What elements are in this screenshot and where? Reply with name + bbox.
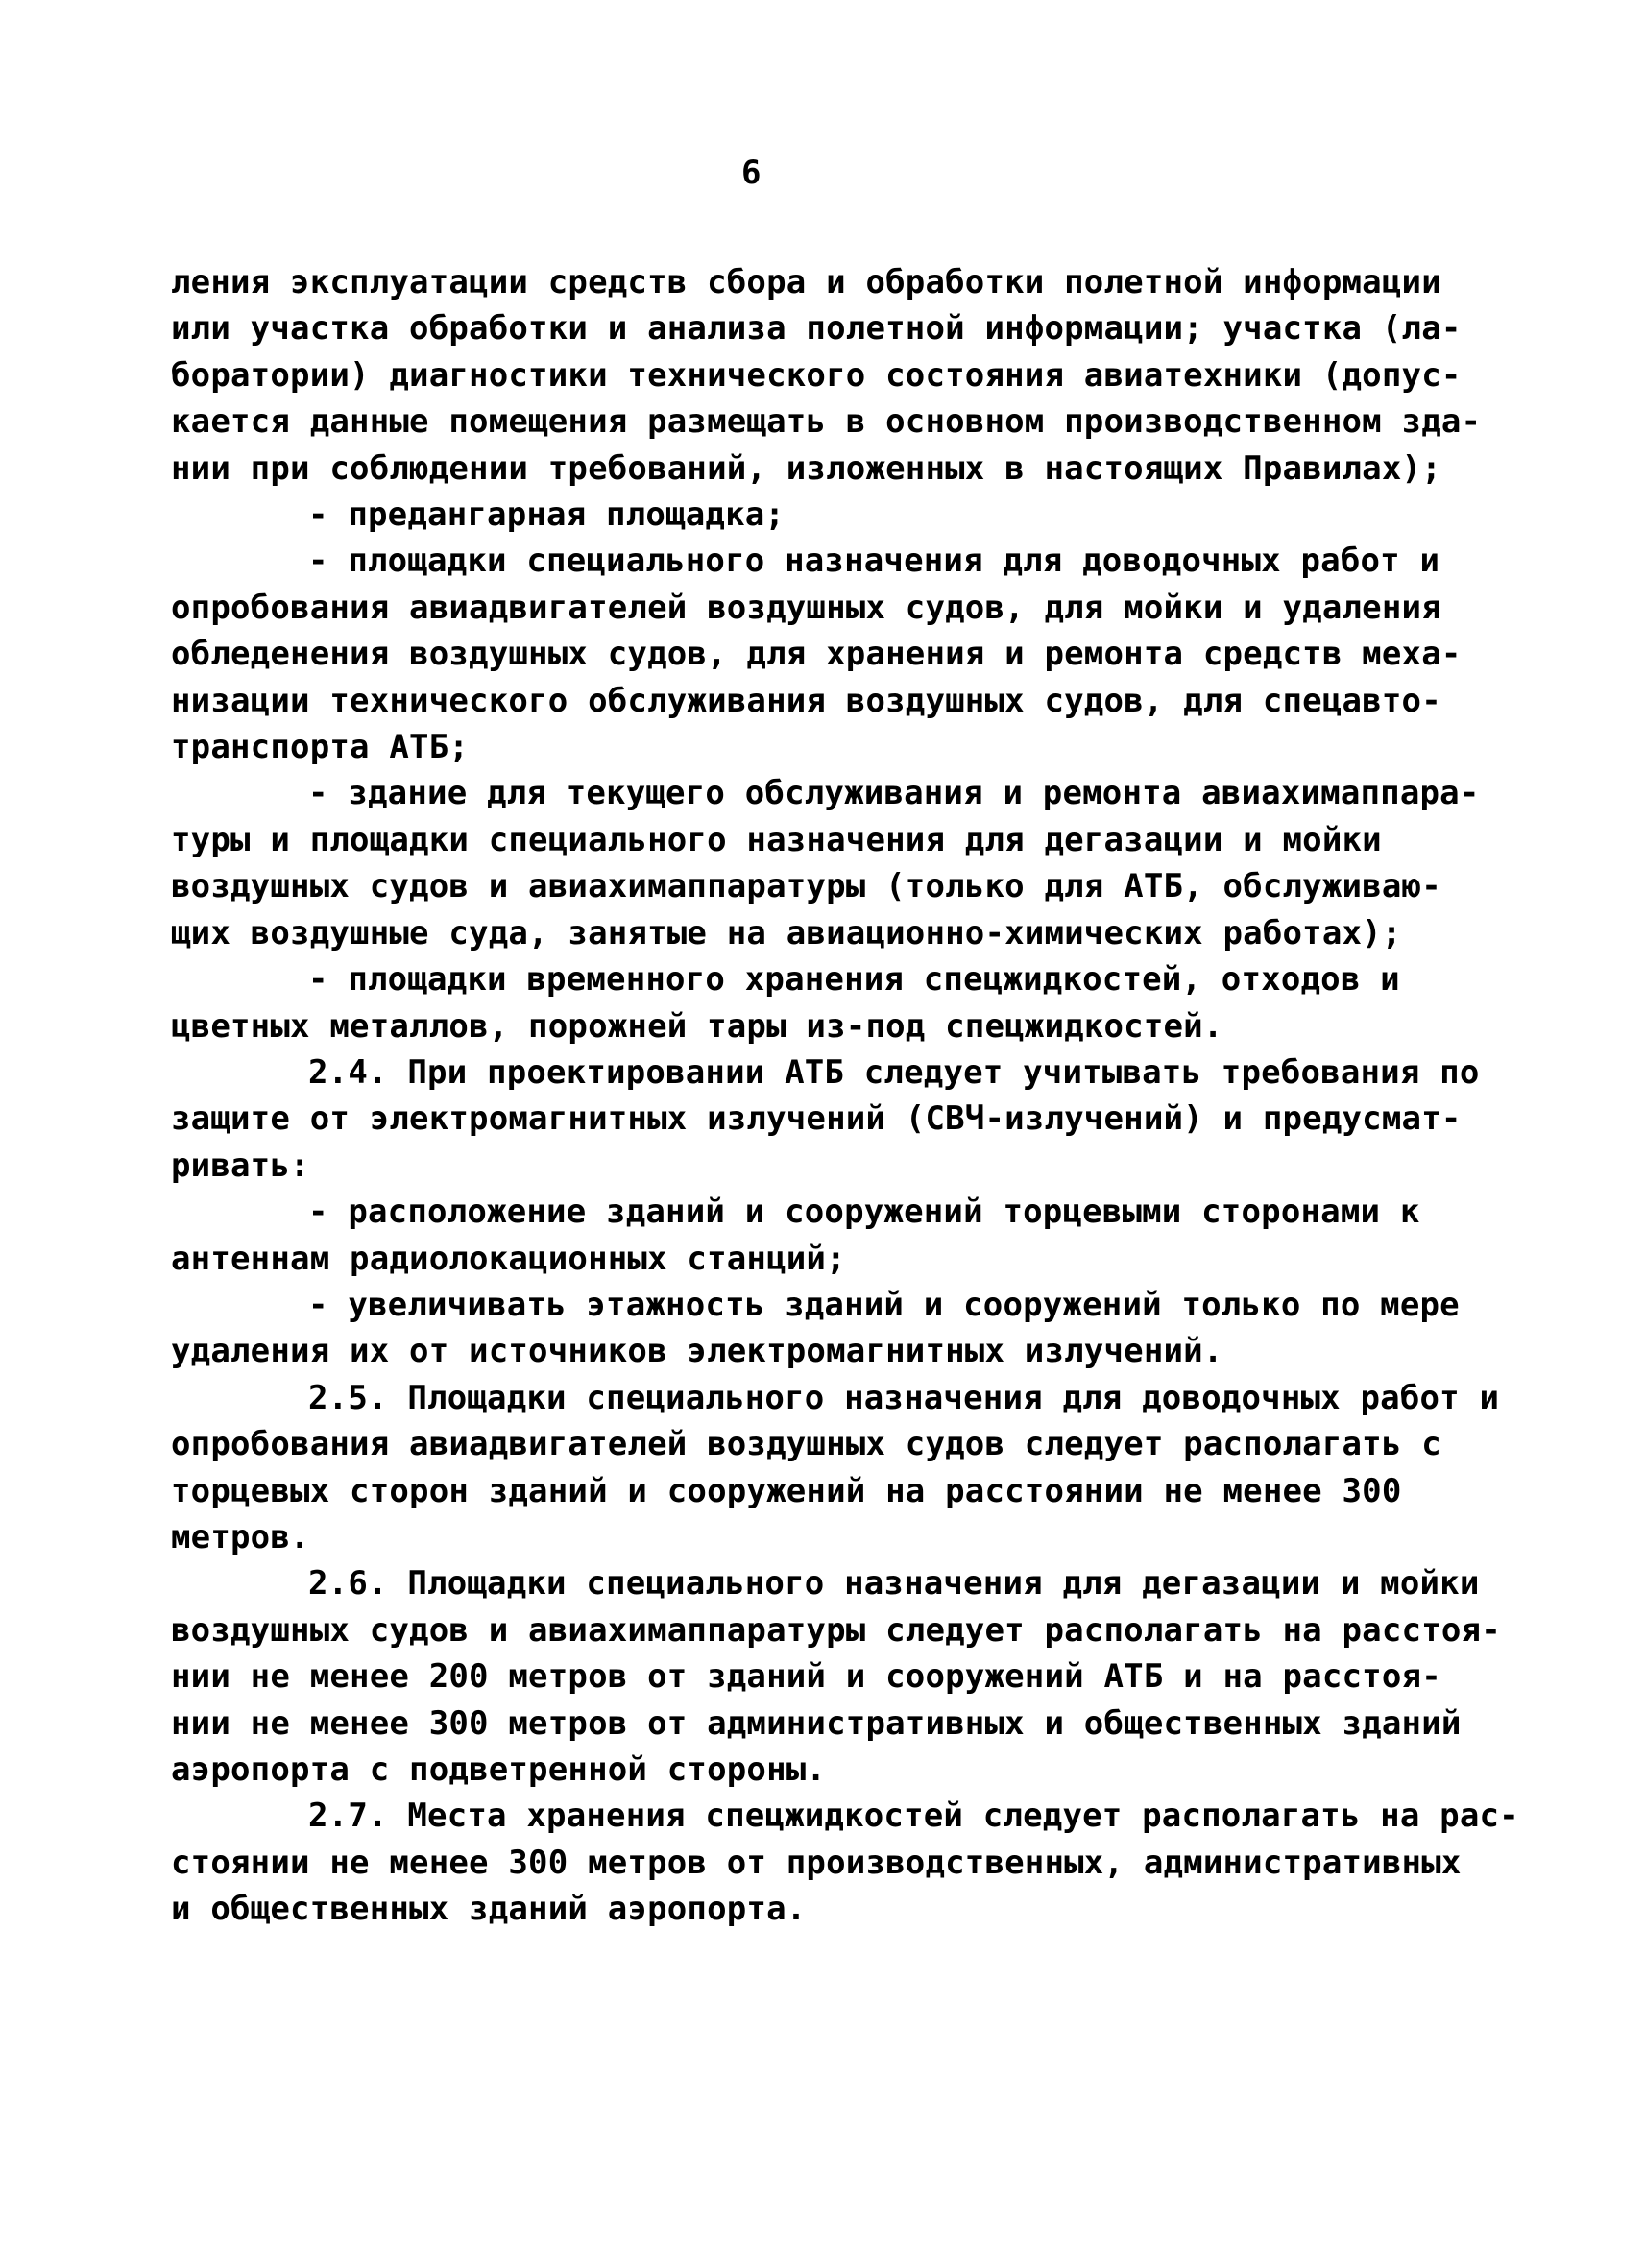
text-line: боратории) диагностики технического сост… (171, 352, 1544, 398)
text-line: - предангарная площадка; (171, 492, 1544, 538)
text-line: стоянии не менее 300 метров от производс… (171, 1840, 1544, 1886)
text-line: - расположение зданий и сооружений торце… (171, 1189, 1544, 1235)
text-line: нии не менее 200 метров от зданий и соор… (171, 1653, 1544, 1700)
text-line: обледенения воздушных судов, для хранени… (171, 631, 1544, 677)
text-line: 2.7. Места хранения спецжидкостей следуе… (171, 1793, 1544, 1839)
text-line: опробования авиадвигателей воздушных суд… (171, 1421, 1544, 1467)
text-line: щих воздушные суда, занятые на авиационн… (171, 910, 1544, 956)
page-number: 6 (741, 154, 761, 192)
text-line: цветных металлов, порожней тары из-под с… (171, 1003, 1544, 1050)
text-line: кается данные помещения размещать в осно… (171, 398, 1544, 445)
text-line: удаления их от источников электромагнитн… (171, 1328, 1544, 1374)
text-line: и общественных зданий аэропорта. (171, 1886, 1544, 1932)
text-line: 2.4. При проектировании АТБ следует учит… (171, 1050, 1544, 1096)
text-line: транспорта АТБ; (171, 724, 1544, 770)
text-line: нии при соблюдении требований, изложенны… (171, 446, 1544, 492)
scanned-document-page: 6 ления эксплуатации средств сбора и обр… (0, 0, 1645, 2268)
text-line: туры и площадки специального назначения … (171, 817, 1544, 863)
text-line: - увеличивать этажность зданий и сооруже… (171, 1282, 1544, 1328)
text-line: воздушных судов и авиахимаппаратуры (тол… (171, 863, 1544, 909)
text-line: низации технического обслуживания воздуш… (171, 678, 1544, 724)
text-line: нии не менее 300 метров от административ… (171, 1701, 1544, 1747)
text-line: ления эксплуатации средств сбора и обраб… (171, 259, 1544, 305)
text-line: 2.6. Площадки специального назначения дл… (171, 1560, 1544, 1606)
text-line: торцевых сторон зданий и сооружений на р… (171, 1468, 1544, 1514)
text-line: метров. (171, 1514, 1544, 1560)
text-line: - площадки временного хранения спецжидко… (171, 956, 1544, 1002)
text-line: или участка обработки и анализа полетной… (171, 305, 1544, 351)
text-line: - здание для текущего обслуживания и рем… (171, 770, 1544, 816)
text-line: ривать: (171, 1143, 1544, 1189)
text-line: защите от электромагнитных излучений (СВ… (171, 1096, 1544, 1142)
text-line: - площадки специального назначения для д… (171, 538, 1544, 584)
document-text-block: ления эксплуатации средств сбора и обраб… (171, 259, 1544, 1933)
text-line: аэропорта с подветренной стороны. (171, 1747, 1544, 1793)
text-line: воздушных судов и авиахимаппаратуры след… (171, 1607, 1544, 1653)
text-line: 2.5. Площадки специального назначения дл… (171, 1375, 1544, 1421)
text-line: антеннам радиолокационных станций; (171, 1236, 1544, 1282)
text-line: опробования авиадвигателей воздушных суд… (171, 585, 1544, 631)
